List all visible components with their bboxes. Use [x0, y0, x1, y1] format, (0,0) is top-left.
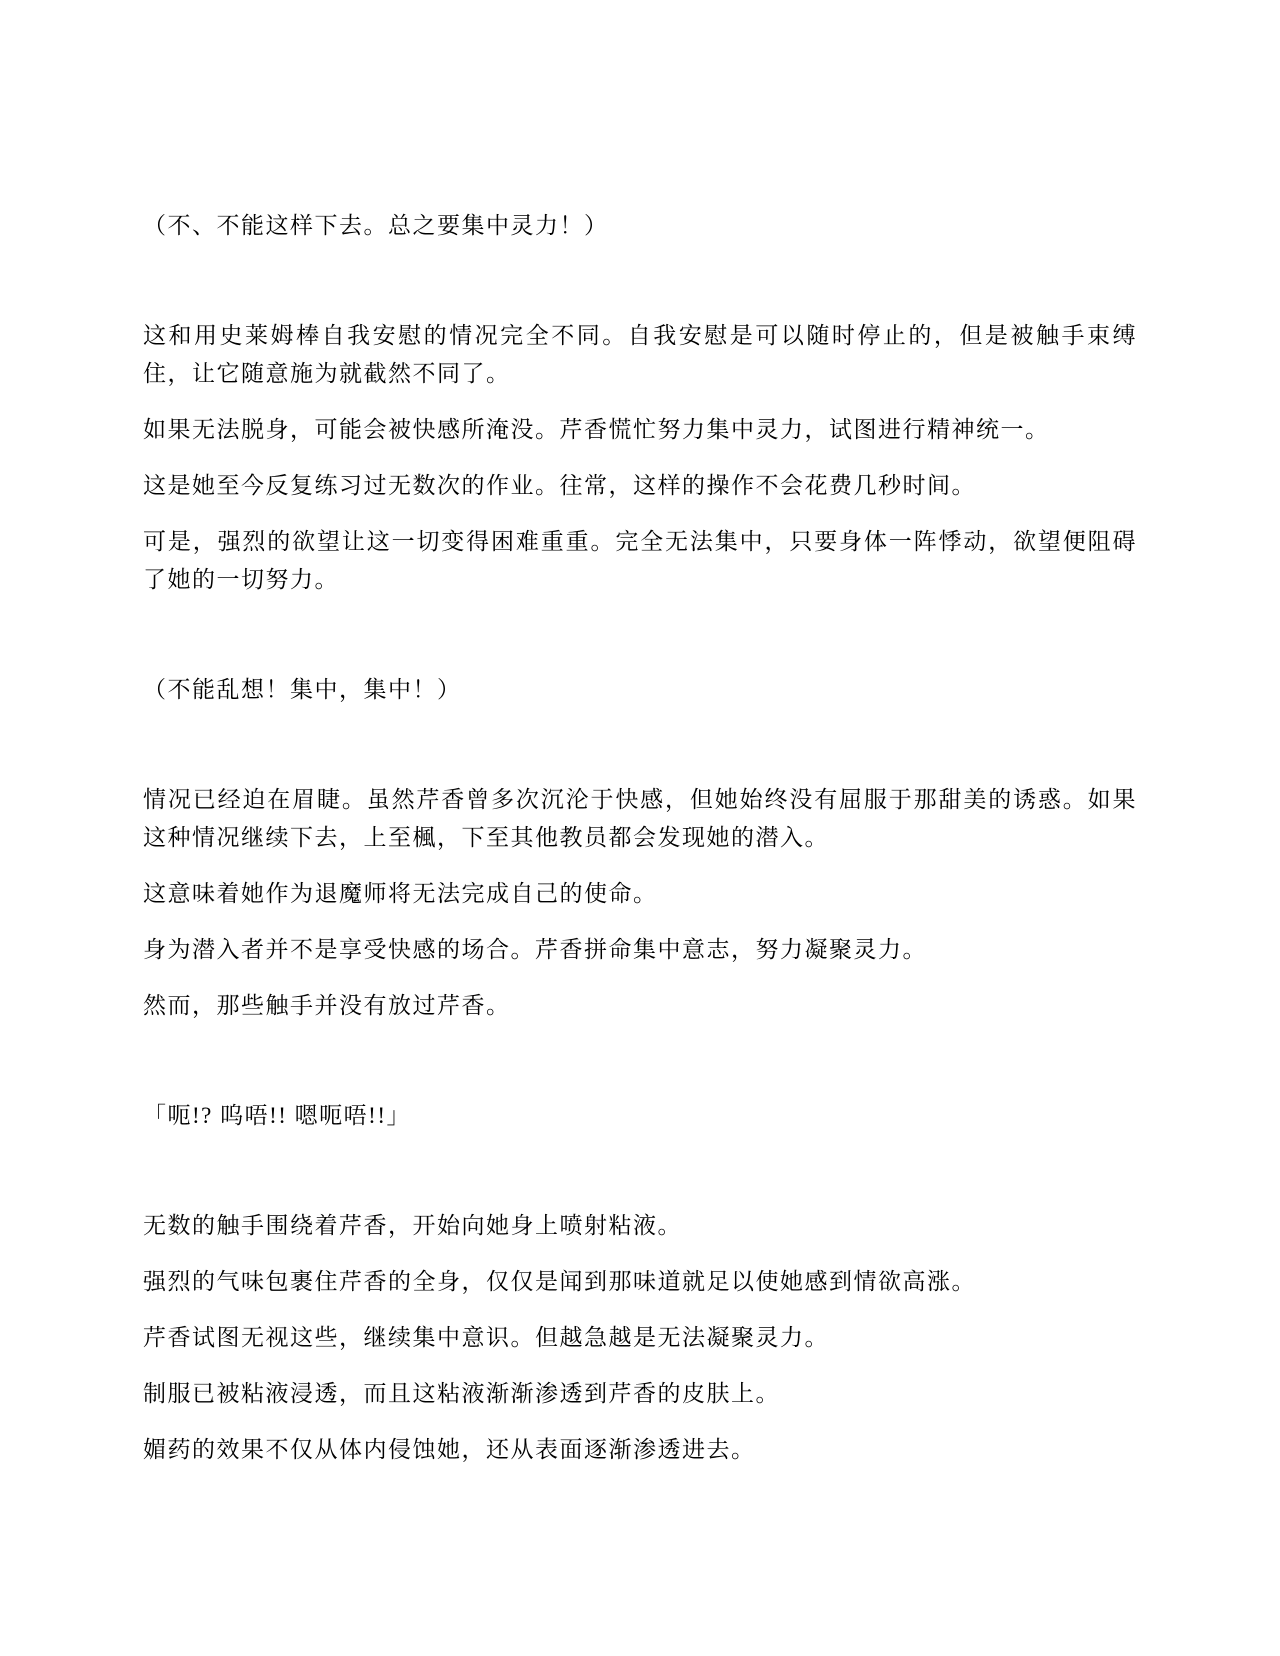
narration-paragraph: 强烈的气味包裹住芹香的全身，仅仅是闻到那味道就足以使她感到情欲高涨。: [143, 1263, 1137, 1301]
narration-paragraph: 芹香试图无视这些，继续集中意识。但越急越是无法凝聚灵力。: [143, 1319, 1137, 1357]
narration-paragraph: 这意味着她作为退魔师将无法完成自己的使命。: [143, 875, 1137, 913]
monologue-line: （不、不能这样下去。总之要集中灵力！）: [143, 207, 1137, 245]
narration-paragraph: 媚药的效果不仅从体内侵蚀她，还从表面逐渐渗透进去。: [143, 1431, 1137, 1469]
narration-paragraph: 这是她至今反复练习过无数次的作业。往常，这样的操作不会花费几秒时间。: [143, 467, 1137, 505]
monologue-line: （不能乱想！集中，集中！）: [143, 671, 1137, 709]
narration-paragraph: 如果无法脱身，可能会被快感所淹没。芹香慌忙努力集中灵力，试图进行精神统一。: [143, 411, 1137, 449]
narration-paragraph: 制服已被粘液浸透，而且这粘液渐渐渗透到芹香的皮肤上。: [143, 1375, 1137, 1413]
narration-paragraph: 无数的触手围绕着芹香，开始向她身上喷射粘液。: [143, 1207, 1137, 1245]
narration-paragraph: 这和用史莱姆棒自我安慰的情况完全不同。自我安慰是可以随时停止的，但是被触手束缚住…: [143, 317, 1137, 393]
document-page: （不、不能这样下去。总之要集中灵力！） 这和用史莱姆棒自我安慰的情况完全不同。自…: [0, 0, 1280, 1656]
text-content: （不、不能这样下去。总之要集中灵力！） 这和用史莱姆棒自我安慰的情况完全不同。自…: [0, 0, 1280, 1469]
narration-paragraph: 身为潜入者并不是享受快感的场合。芹香拼命集中意志，努力凝聚灵力。: [143, 931, 1137, 969]
dialogue-line: 「呃!? 呜唔!! 嗯呃唔!!」: [143, 1097, 1137, 1135]
narration-paragraph: 情况已经迫在眉睫。虽然芹香曾多次沉沦于快感，但她始终没有屈服于那甜美的诱惑。如果…: [143, 781, 1137, 857]
narration-paragraph: 可是，强烈的欲望让这一切变得困难重重。完全无法集中，只要身体一阵悸动，欲望便阻碍…: [143, 523, 1137, 599]
narration-paragraph: 然而，那些触手并没有放过芹香。: [143, 987, 1137, 1025]
